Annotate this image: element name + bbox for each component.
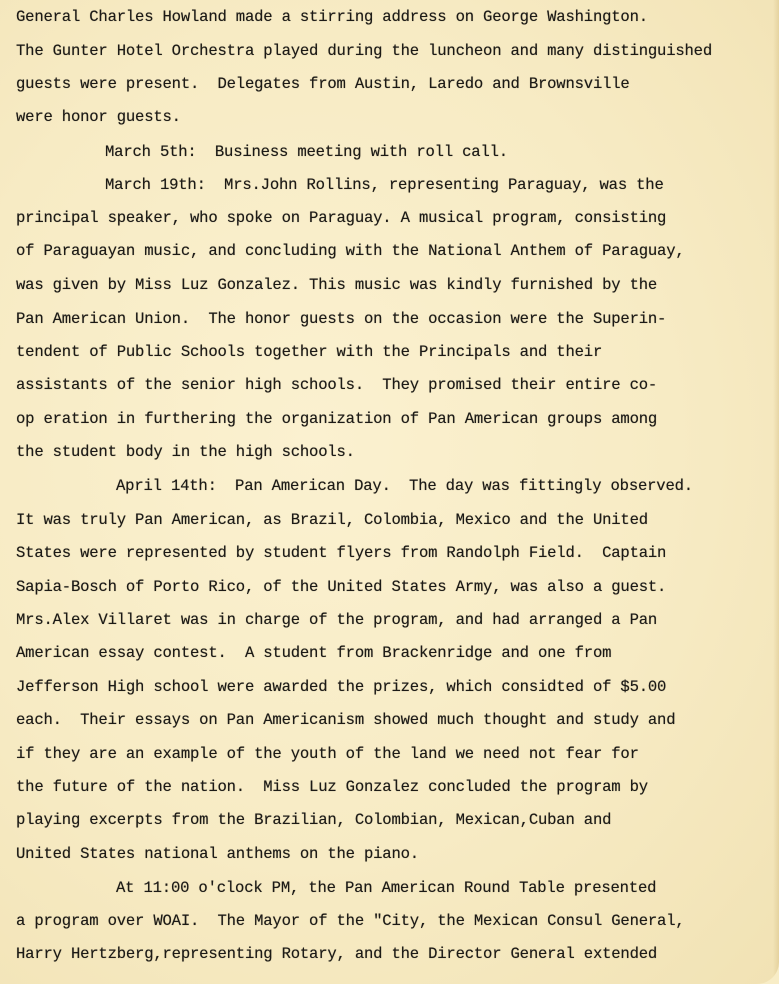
text-line: if they are an example of the youth of t… — [16, 745, 639, 763]
paragraph-start-line: March 5th: Business meeting with roll ca… — [105, 143, 508, 161]
text-line: each. Their essays on Pan Americanism sh… — [16, 711, 675, 729]
typewritten-page: General Charles Howland made a stirring … — [0, 0, 779, 984]
text-line: Sapia-Bosch of Porto Rico, of the United… — [16, 578, 666, 596]
text-line: Jefferson High school were awarded the p… — [16, 678, 666, 696]
text-line: It was truly Pan American, as Brazil, Co… — [16, 511, 648, 529]
text-line: tendent of Public Schools together with … — [16, 343, 602, 361]
text-line: the future of the nation. Miss Luz Gonza… — [16, 778, 648, 796]
text-line: principal speaker, who spoke on Paraguay… — [16, 209, 666, 227]
text-line: Mrs.Alex Villaret was in charge of the p… — [16, 611, 657, 629]
text-line: were honor guests. — [16, 108, 181, 126]
text-line: a program over WOAI. The Mayor of the "C… — [16, 912, 685, 930]
text-line: Harry Hertzberg,representing Rotary, and… — [16, 945, 657, 963]
page-edge-shadow — [773, 0, 779, 984]
text-line: the student body in the high schools. — [16, 443, 355, 461]
text-line: United States national anthems on the pi… — [16, 845, 419, 863]
text-line: Pan American Union. The honor guests on … — [16, 310, 666, 328]
text-line: General Charles Howland made a stirring … — [16, 8, 648, 26]
text-line: playing excerpts from the Brazilian, Col… — [16, 811, 611, 829]
text-line: of Paraguayan music, and concluding with… — [16, 242, 685, 260]
text-line: was given by Miss Luz Gonzalez. This mus… — [16, 276, 657, 294]
paragraph-start-line: March 19th: Mrs.John Rollins, representi… — [105, 176, 664, 194]
text-line: American essay contest. A student from B… — [16, 644, 611, 662]
text-line: guests were present. Delegates from Aust… — [16, 75, 630, 93]
text-line: op eration in furthering the organizatio… — [16, 410, 657, 428]
text-line: The Gunter Hotel Orchestra played during… — [16, 42, 712, 60]
paragraph-start-line: At 11:00 o'clock PM, the Pan American Ro… — [116, 879, 656, 897]
text-line: assistants of the senior high schools. T… — [16, 376, 657, 394]
text-line: States were represented by student flyer… — [16, 544, 666, 562]
paragraph-start-line: April 14th: Pan American Day. The day wa… — [116, 477, 693, 495]
